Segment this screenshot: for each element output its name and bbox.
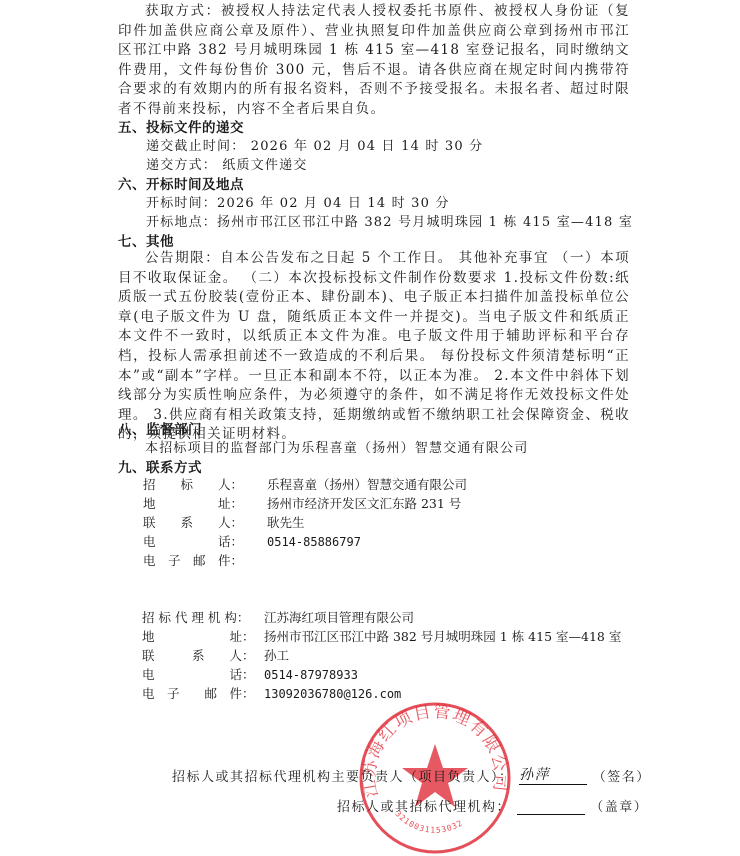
field-value: 孙工 bbox=[264, 648, 289, 663]
field-label: 电 子 邮 件： bbox=[143, 551, 267, 569]
tenderer-email-row: 电 子 邮 件： bbox=[143, 551, 267, 569]
agency-contact-row: 联 系 人：孙工 bbox=[142, 646, 289, 664]
acquisition-paragraph: 获取方式：被授权人持法定代表人授权委托书原件、被授权人身份证（复印件加盖供应商公… bbox=[118, 2, 630, 120]
field-value: 扬州市经济开发区文汇东路 231 号 bbox=[267, 496, 461, 511]
tenderer-name-row: 招 标 人：乐程喜童（扬州）智慧交通有限公司 bbox=[143, 475, 467, 493]
agency-address-row: 地 址：扬州市邗江区邗江中路 382 号月城明珠园 1 栋 415 室—418 … bbox=[142, 627, 621, 645]
opening-place: 开标地点：扬州市邗江区邗江中路 382 号月城明珠园 1 栋 415 室—418… bbox=[146, 211, 633, 230]
field-label: 电 话： bbox=[143, 532, 267, 550]
field-value: 0514-85886797 bbox=[267, 535, 361, 549]
section-heading-submission: 五、投标文件的递交 bbox=[118, 116, 244, 136]
submission-deadline: 递交截止时间： 2026 年 02 月 04 日 14 时 30 分 bbox=[146, 135, 483, 154]
signature-label: 招标人或其招标代理机构主要负责人（项目负责人）： bbox=[172, 770, 514, 785]
supervision-text: 本招标项目的监督部门为乐程喜童（扬州）智慧交通有限公司 bbox=[145, 437, 528, 456]
field-value: 0514-87978933 bbox=[264, 668, 358, 682]
field-value: 扬州市邗江区邗江中路 382 号月城明珠园 1 栋 415 室—418 室 bbox=[264, 629, 621, 644]
signature-suffix: （签名） bbox=[593, 770, 651, 785]
field-label: 地 址： bbox=[142, 627, 264, 645]
tenderer-contact-row: 联 系 人：耿先生 bbox=[143, 513, 305, 531]
section-heading-other: 七、其他 bbox=[118, 230, 174, 250]
signature-handwriting: 孙萍 bbox=[519, 764, 587, 785]
seal-blank bbox=[517, 798, 585, 815]
agency-name-row: 招 标 代 理 机 构：江苏海红项目管理有限公司 bbox=[142, 608, 414, 626]
field-label: 联 系 人： bbox=[143, 513, 267, 531]
section-heading-supervision: 八、监督部门 bbox=[118, 418, 202, 438]
field-label: 招 标 人： bbox=[143, 475, 267, 493]
field-value: 耿先生 bbox=[267, 515, 305, 530]
submission-method: 递交方式： 纸质文件递交 bbox=[146, 154, 308, 173]
document-page: 获取方式：被授权人持法定代表人授权委托书原件、被授权人身份证（复印件加盖供应商公… bbox=[0, 0, 740, 856]
field-label: 地 址： bbox=[143, 494, 267, 512]
seal-suffix: （盖章） bbox=[590, 800, 648, 815]
other-paragraph: 公告期限：自本公告发布之日起 5 个工作日。 其他补充事宜 （一）本项目不收取保… bbox=[118, 249, 630, 445]
seal-label: 招标人或其招标代理机构： bbox=[337, 800, 511, 815]
field-label: 联 系 人： bbox=[142, 646, 264, 664]
agency-phone-row: 电 话：0514-87978933 bbox=[142, 665, 358, 683]
field-value: 乐程喜童（扬州）智慧交通有限公司 bbox=[267, 477, 467, 492]
section-heading-contact: 九、联系方式 bbox=[118, 456, 202, 476]
field-label: 招 标 代 理 机 构： bbox=[142, 608, 264, 626]
organization-seal-line: 招标人或其招标代理机构： （盖章） bbox=[337, 796, 648, 815]
tenderer-phone-row: 电 话：0514-85886797 bbox=[143, 532, 361, 550]
opening-time: 开标时间：2026 年 02 月 04 日 14 时 30 分 bbox=[146, 192, 450, 211]
field-label: 电 话： bbox=[142, 665, 264, 683]
tenderer-address-row: 地 址：扬州市经济开发区文汇东路 231 号 bbox=[143, 494, 461, 512]
field-label: 电 子 邮 件： bbox=[142, 684, 264, 702]
field-value: 江苏海红项目管理有限公司 bbox=[264, 610, 414, 625]
section-heading-opening: 六、开标时间及地点 bbox=[118, 173, 244, 193]
responsible-person-signature-line: 招标人或其招标代理机构主要负责人（项目负责人）： 孙萍 （签名） bbox=[172, 764, 651, 785]
